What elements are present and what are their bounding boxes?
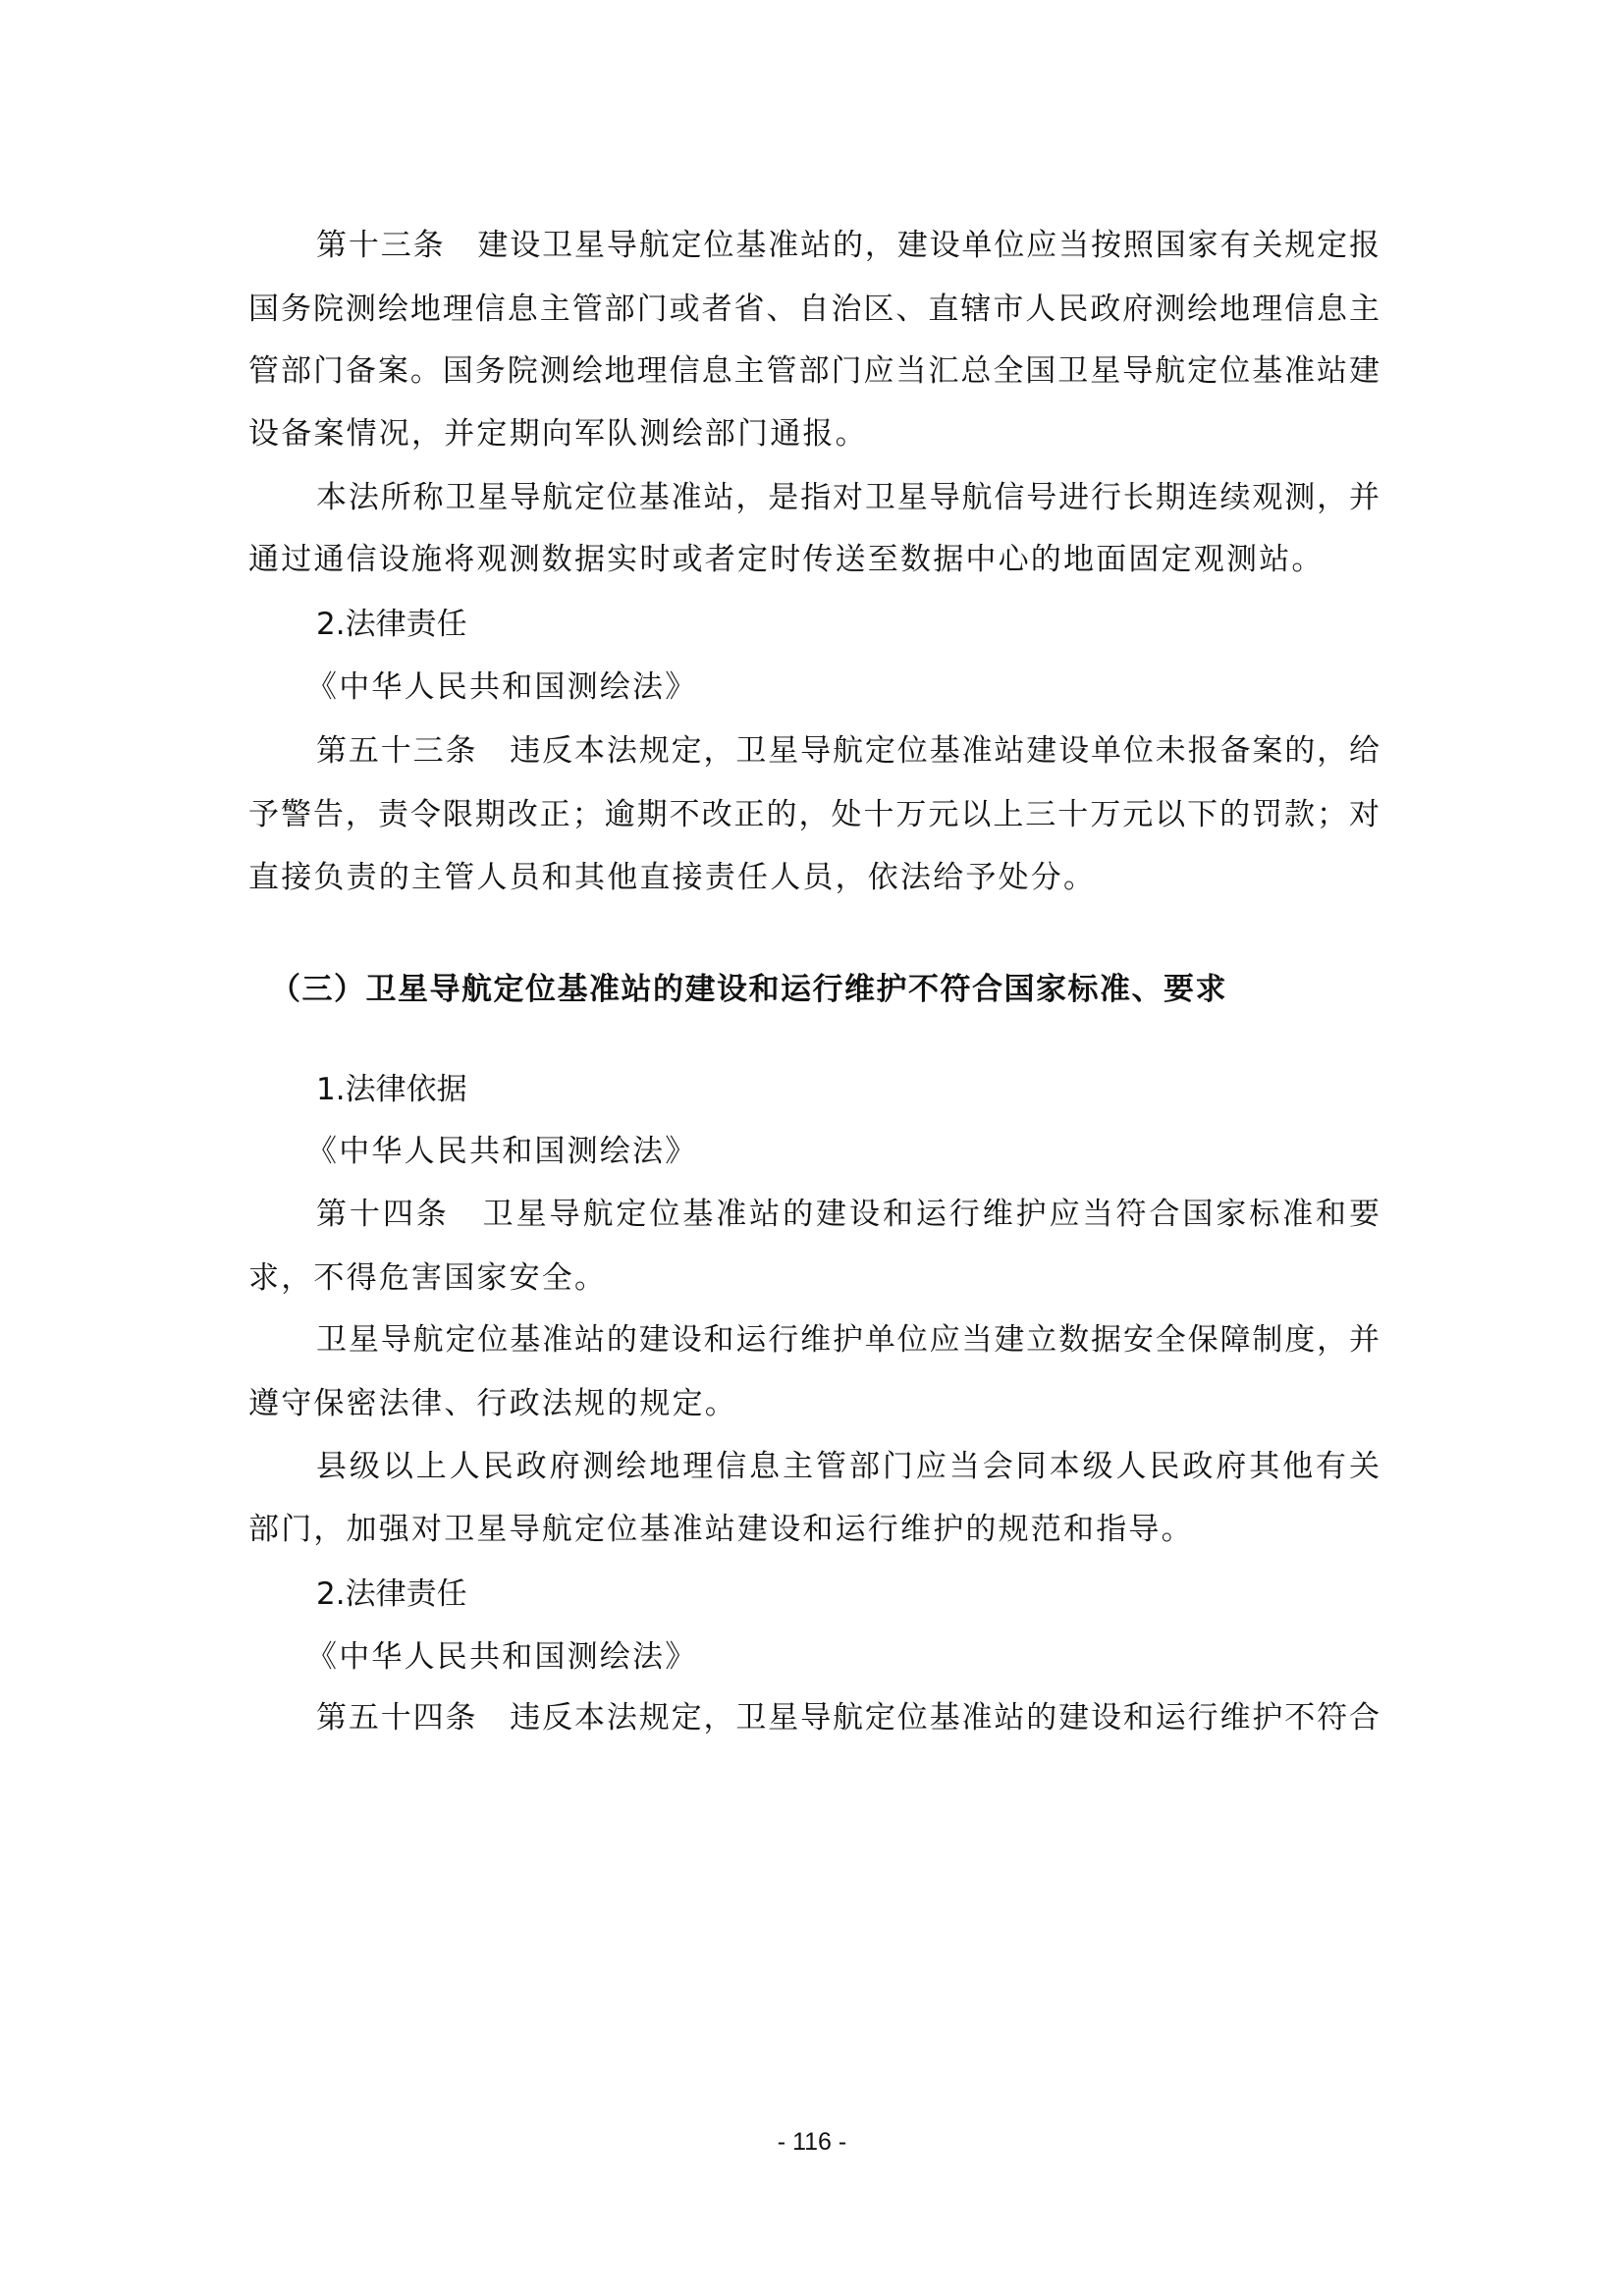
document-page: 第十三条 建设卫星导航定位基准站的，建设单位应当按照国家有关规定报 国务院测绘地…	[0, 0, 1624, 2296]
law-title: 《中华人民共和国测绘法》	[306, 1637, 1370, 1677]
data-security-line-1: 卫星导航定位基准站的建设和运行维护单位应当建立数据安全保障制度，并	[316, 1320, 1380, 1360]
law-title: 《中华人民共和国测绘法》	[306, 667, 1370, 707]
article-13-line-3: 管部门备案。国务院测绘地理信息主管部门应当汇总全国卫星导航定位基准站建	[248, 351, 1380, 391]
article-14-line-1: 第十四条 卫星导航定位基准站的建设和运行维护应当符合国家标准和要	[316, 1195, 1380, 1234]
definition-line-1: 本法所称卫星导航定位基准站，是指对卫星导航信号进行长期连续观测，并	[316, 478, 1380, 517]
subheading-legal-liability-2: 2.法律责任	[316, 1575, 1380, 1614]
article-53-line-3: 直接负责的主管人员和其他直接责任人员，依法给予处分。	[248, 858, 1380, 897]
article-13-line-1: 第十三条 建设卫星导航定位基准站的，建设单位应当按照国家有关规定报	[316, 226, 1380, 265]
data-security-line-2: 遵守保密法律、行政法规的规定。	[248, 1384, 1380, 1423]
subheading-legal-basis: 1.法律依据	[316, 1070, 1380, 1109]
definition-line-2: 通过通信设施将观测数据实时或者定时传送至数据中心的地面固定观测站。	[248, 540, 1380, 579]
subheading-legal-liability: 2.法律责任	[316, 605, 1380, 644]
article-13-line-2: 国务院测绘地理信息主管部门或者省、自治区、直辖市人民政府测绘地理信息主	[248, 290, 1380, 329]
article-53-line-1: 第五十三条 违反本法规定，卫星导航定位基准站建设单位未报备案的，给	[316, 731, 1380, 771]
law-title: 《中华人民共和国测绘法》	[306, 1132, 1370, 1171]
article-53-line-2: 予警告，责令限期改正；逾期不改正的，处十万元以上三十万元以下的罚款；对	[248, 795, 1380, 834]
section-heading-3: （三）卫星导航定位基准站的建设和运行维护不符合国家标准、要求	[270, 970, 1401, 1009]
article-54-line-1: 第五十四条 违反本法规定，卫星导航定位基准站的建设和运行维护不符合	[316, 1698, 1380, 1737]
county-level-line-2: 部门，加强对卫星导航定位基准站建设和运行维护的规范和指导。	[248, 1510, 1380, 1549]
article-14-line-2: 求，不得危害国家安全。	[248, 1258, 1380, 1298]
page-number: - 116 -	[0, 2128, 1624, 2157]
article-13-line-4: 设备案情况，并定期向军队测绘部门通报。	[248, 414, 1380, 454]
county-level-line-1: 县级以上人民政府测绘地理信息主管部门应当会同本级人民政府其他有关	[316, 1447, 1380, 1486]
